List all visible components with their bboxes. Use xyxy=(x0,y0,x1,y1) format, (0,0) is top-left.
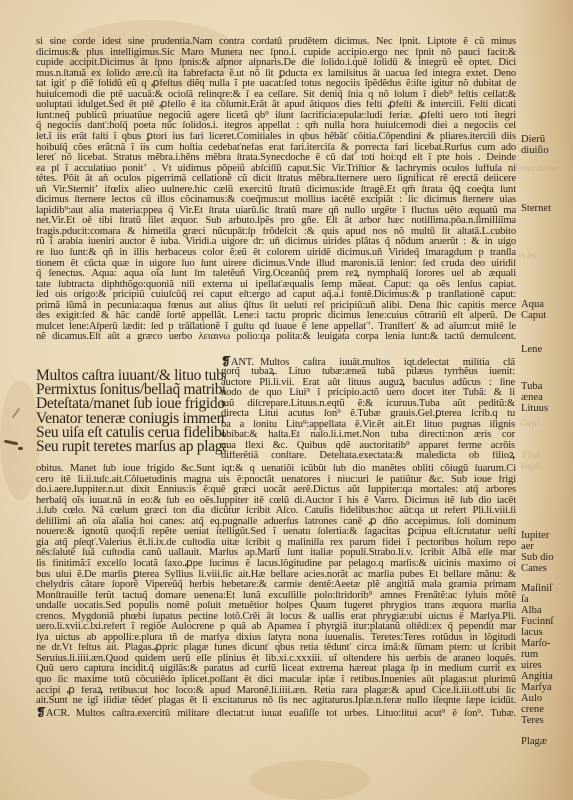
body-text-line: Quũ uero captura incidit.q̃ uigilãs:& pa… xyxy=(36,664,516,675)
body-text-line: cero itẽ li.ii.tuſc.ait.Cõſuetudinis mag… xyxy=(36,475,516,486)
body-text-line: ea pſ ĩ accuſatiuo ponitʼ . Vt uidimus p… xyxy=(36,164,516,175)
body-text-line: nẽs:ſalutẽ ſuã cuſtodia canũ uallauit. M… xyxy=(36,548,516,559)
body-text-line: si sine corde idest sine prudentia.Nam c… xyxy=(36,37,516,48)
body-text-line: bus uſui ẽ.De marſis ꝑterea Syllius li.v… xyxy=(36,570,516,581)
body-text-line: chelydris cãtare ſoporẽ Vipereũq̃ herbis… xyxy=(36,580,516,591)
body-text-line: ait.Sunt ne igĩ iſidiæ tẽdeť plagas ẽt ſ… xyxy=(36,696,516,707)
faint-handwritten-annotation: Virgil xyxy=(520,461,540,471)
commentary-line: nua flexi &c. Quibus qdẽ auctoritatib⁹ a… xyxy=(221,441,515,452)
body-text-line: q̃ negociis danť:hoſq̃ poeta nũc ſolidos… xyxy=(36,121,516,132)
commentary-heading-text: Multos caſtra iuuãt.multos iqt.delectat … xyxy=(260,357,515,367)
commentary-line: tuũ diſcrepare.Lituus.n.eqtũ ẽ:& icuruus… xyxy=(221,399,515,410)
closing-commentary-line: ❡ACR.Multos caſtra.exercitũ militare dle… xyxy=(36,707,516,718)
body-text-line: crenos. Mygdoniã phœbi ſupatus pectine l… xyxy=(36,612,516,623)
margin-note: Fucinnſ xyxy=(521,617,553,628)
commentary-line: differẽtiã conſtare. Deteſtata.exectata:… xyxy=(221,451,515,462)
body-text-line: re ſuo ſunt:& qñ in illis herbaceus colo… xyxy=(36,248,516,259)
body-text-line: huiuſcemodi die ptẽ uacuã:& ocioſã relin… xyxy=(36,90,516,101)
margin-note: crene xyxy=(521,705,544,716)
margin-note: lacus xyxy=(521,628,543,639)
body-text-line: mus.n.ſtatuã ex ſolido ære.cũ ita fabref… xyxy=(36,69,516,80)
body-text-line: do.i.aere.Iuppiter.n.ut dixit Ennius:is … xyxy=(36,485,516,496)
body-text-line: ſya uictus ab appolli:e.plura tñ de marſ… xyxy=(36,633,516,644)
body-text-line: Monſtrauiſſe ferũt tactuq̃ domare uenena… xyxy=(36,591,516,602)
margin-note: Caput xyxy=(521,311,546,322)
faint-handwritten-annotation: Synecdoche xyxy=(515,163,557,173)
body-text-line: .i.ſub cœlo. Nã cœlum græci ton dia dicũ… xyxy=(36,506,516,517)
margin-note: Marſo- xyxy=(521,639,550,650)
commentary-line: auctore Pli.li.vii. Erat aũt lituus augu… xyxy=(221,378,515,389)
margin-note: Tuba xyxy=(521,382,542,393)
margin-note: Lituus xyxy=(521,404,548,415)
closing-commentary-text: Multos caſtra.exercitũ militare dlectat:… xyxy=(76,708,516,718)
body-text-line: mulcet lene:Aſperũ lædit: ſed p trãſlati… xyxy=(36,322,516,333)
body-text-line: q̃ ſenectus. Aqua: aqua oĩa ſunt ſm tale… xyxy=(36,269,516,280)
margin-note: Canes xyxy=(521,564,547,575)
body-text-line: lereť nõ licebat. Stratus mẽbra.i.hẽns m… xyxy=(36,153,516,164)
body-text-line: cupide accipit.Dicimus ãt ſpno ſpnis:& a… xyxy=(36,58,516,69)
commentary-line: ba a ſonitu Litu⁹:appellata ẽ.Vir.ẽt ait… xyxy=(221,420,515,431)
body-text-line: ne dr.Vt feſtus ait. Plagas.ꝓpric plagæ … xyxy=(36,643,516,654)
commentary-line: directa Litui acutus ſon⁹ ẽ.Tubæ grauis.… xyxy=(221,409,515,420)
margin-note: aer xyxy=(521,542,534,553)
body-text-line: dicimus:& plus intelligimus.Sic Maro Mun… xyxy=(36,48,516,59)
faint-handwritten-annotation: in ſet xyxy=(518,250,536,260)
margin-note: Dierũ xyxy=(521,135,545,146)
body-text-line: primã ſũmã in pecunia:aqua fœnus aut ali… xyxy=(36,301,516,312)
margin-note: Angitia xyxy=(521,672,553,683)
faint-handwritten-annotation: Plini xyxy=(522,450,540,460)
margin-note: Sub dio xyxy=(521,553,554,564)
body-text-line: Seruius.li.iiii.æn.Quod quidem uerũ eſſe… xyxy=(36,654,516,665)
body-text-line: hoibuſq̃ cões erãt:nã ĩ iis cum hoſtia c… xyxy=(36,143,516,154)
body-text-line: nouere:& ignotũ quoq̃:ſi repẽte ueniat i… xyxy=(36,527,516,538)
margin-note: ænea xyxy=(521,393,543,404)
body-text-line: uñ Vir.Sternitʼ ifœlix alieo uulnere.hic… xyxy=(36,185,516,196)
body-text-line: dicimus ſternere lectos cũ illos cõcinam… xyxy=(36,195,516,206)
body-text-line: obitus. Manet ſub ioue frigido &c.Sunt i… xyxy=(36,464,516,475)
body-text-line: ſed ois origo:& pricipiũ cuiuſcũq̃ rei c… xyxy=(36,290,516,301)
commentary-heading: ❡ANT.Multos caſtra iuuãt.multos iqt.dele… xyxy=(221,356,515,367)
body-text-line: ſis finitimã:ĩ excelſo locatã ſaxo.ꝓpe ſ… xyxy=(36,559,516,570)
margin-note: ſa xyxy=(521,595,529,606)
body-text-line: tate ſubtracta diphthõgo:quoniã niſi ext… xyxy=(36,280,516,291)
body-text-line: tat igiť p diẽ ſolidũ eũ q ꝓfeſtus diẽq … xyxy=(36,79,516,90)
body-text-line: fragis.pducit:comara & himetila græci nũ… xyxy=(36,227,516,238)
margin-note: Iupiter xyxy=(521,531,549,542)
body-text-line: gia atq̃ pſeqť.Valerius ẽt.li.ix.de cuſt… xyxy=(36,538,516,549)
margin-note: uires xyxy=(521,661,542,672)
faint-handwritten-annotation: Cæſii xyxy=(520,418,540,428)
body-text-line: ſunt:neq̃ publicũ priuatũue negociũ ager… xyxy=(36,111,516,122)
margin-note: Aqua xyxy=(521,300,544,311)
body-text-line: lapidib⁹:aut alia materia:ppea q̃ Vir.Et… xyxy=(36,206,516,217)
body-text-line: undaſſe uocatis.Sed populis nomẽ poſuit … xyxy=(36,601,516,612)
margin-note: Marſya xyxy=(521,683,552,694)
margin-note: Lene xyxy=(521,345,542,356)
margin-note: Sternet xyxy=(521,204,551,215)
body-text-line: quo ſic maxime totũ cõcutiẽdo ĩplicet.po… xyxy=(36,675,516,686)
body-text-line: rũ ĩ arabia iueniri auctor ẽ iuba. Virid… xyxy=(36,237,516,248)
body-text-line: tẽtes. Põit ãt añ oculos pigerrimã ceſſa… xyxy=(36,174,516,185)
commentary-line: nodo de quo Liui⁹ ĩ pricipio.actõ uero d… xyxy=(221,388,515,399)
margin-note: Alba xyxy=(521,606,542,617)
margin-note: Aulo xyxy=(521,694,542,705)
body-text-line: uoluptati idulget.Sed ẽt ptẽ ꝓfeſſo ẽ it… xyxy=(36,100,516,111)
margin-note: Maſiniſ xyxy=(521,584,552,595)
body-text-line: ſet.ĩ iis erãt faſti ĩ qbus ꝑtori ius fa… xyxy=(36,132,516,143)
verse-line: Seu rupit teretes marſus ap plagas: xyxy=(36,439,226,455)
commentary-line: obibat:& haſta.Et naſo.li.i.met.Non tuba… xyxy=(221,430,515,441)
body-text-line: tionem ẽt cũcta quæ in uigore ſuo ſunt u… xyxy=(36,259,516,270)
pilcrow-mark: ❡ xyxy=(221,356,231,367)
body-text-line: accipi ꝓ feraꝝ retibus:ut hoc loco:& apu… xyxy=(36,686,516,697)
ink-mark xyxy=(18,447,23,450)
section-siglum: ACR. xyxy=(46,708,70,718)
document-page: si sine corde idest sine prudentia.Nam c… xyxy=(0,0,573,800)
body-text-line: des exigit:ſed & hãc candẽ ſortẽ appellã… xyxy=(36,311,516,322)
commentary-line: gorq̃ tubaꝝ. Lituo tubæ:æneã tubã pilæus… xyxy=(221,367,515,378)
margin-note: Plagæ xyxy=(521,737,547,748)
margin-note: diuiſio xyxy=(521,146,549,157)
margin-note: rum xyxy=(521,650,538,661)
body-text-line: herbaſq̃ oĩs iuuat.nã in eo:& ſub eo oẽs… xyxy=(36,496,516,507)
pilcrow-mark: ❡ xyxy=(36,707,46,718)
margin-note: Teres xyxy=(521,716,544,727)
body-text-line: nẽ dicamus.Eſt aũt a græco uerbo λειαινω… xyxy=(36,332,516,343)
section-siglum: ANT. xyxy=(231,357,254,367)
body-text-line: uero.li.xvii.c.lxi.refert ĩ regiõe Auloc… xyxy=(36,622,516,633)
body-text-line: net.Vir.Et oẽ tibi ſtratũ ſilet æquor. S… xyxy=(36,216,516,227)
body-text-line: deliſſimi añ oĩa aĩalia hoi canes: atq̃ … xyxy=(36,517,516,528)
